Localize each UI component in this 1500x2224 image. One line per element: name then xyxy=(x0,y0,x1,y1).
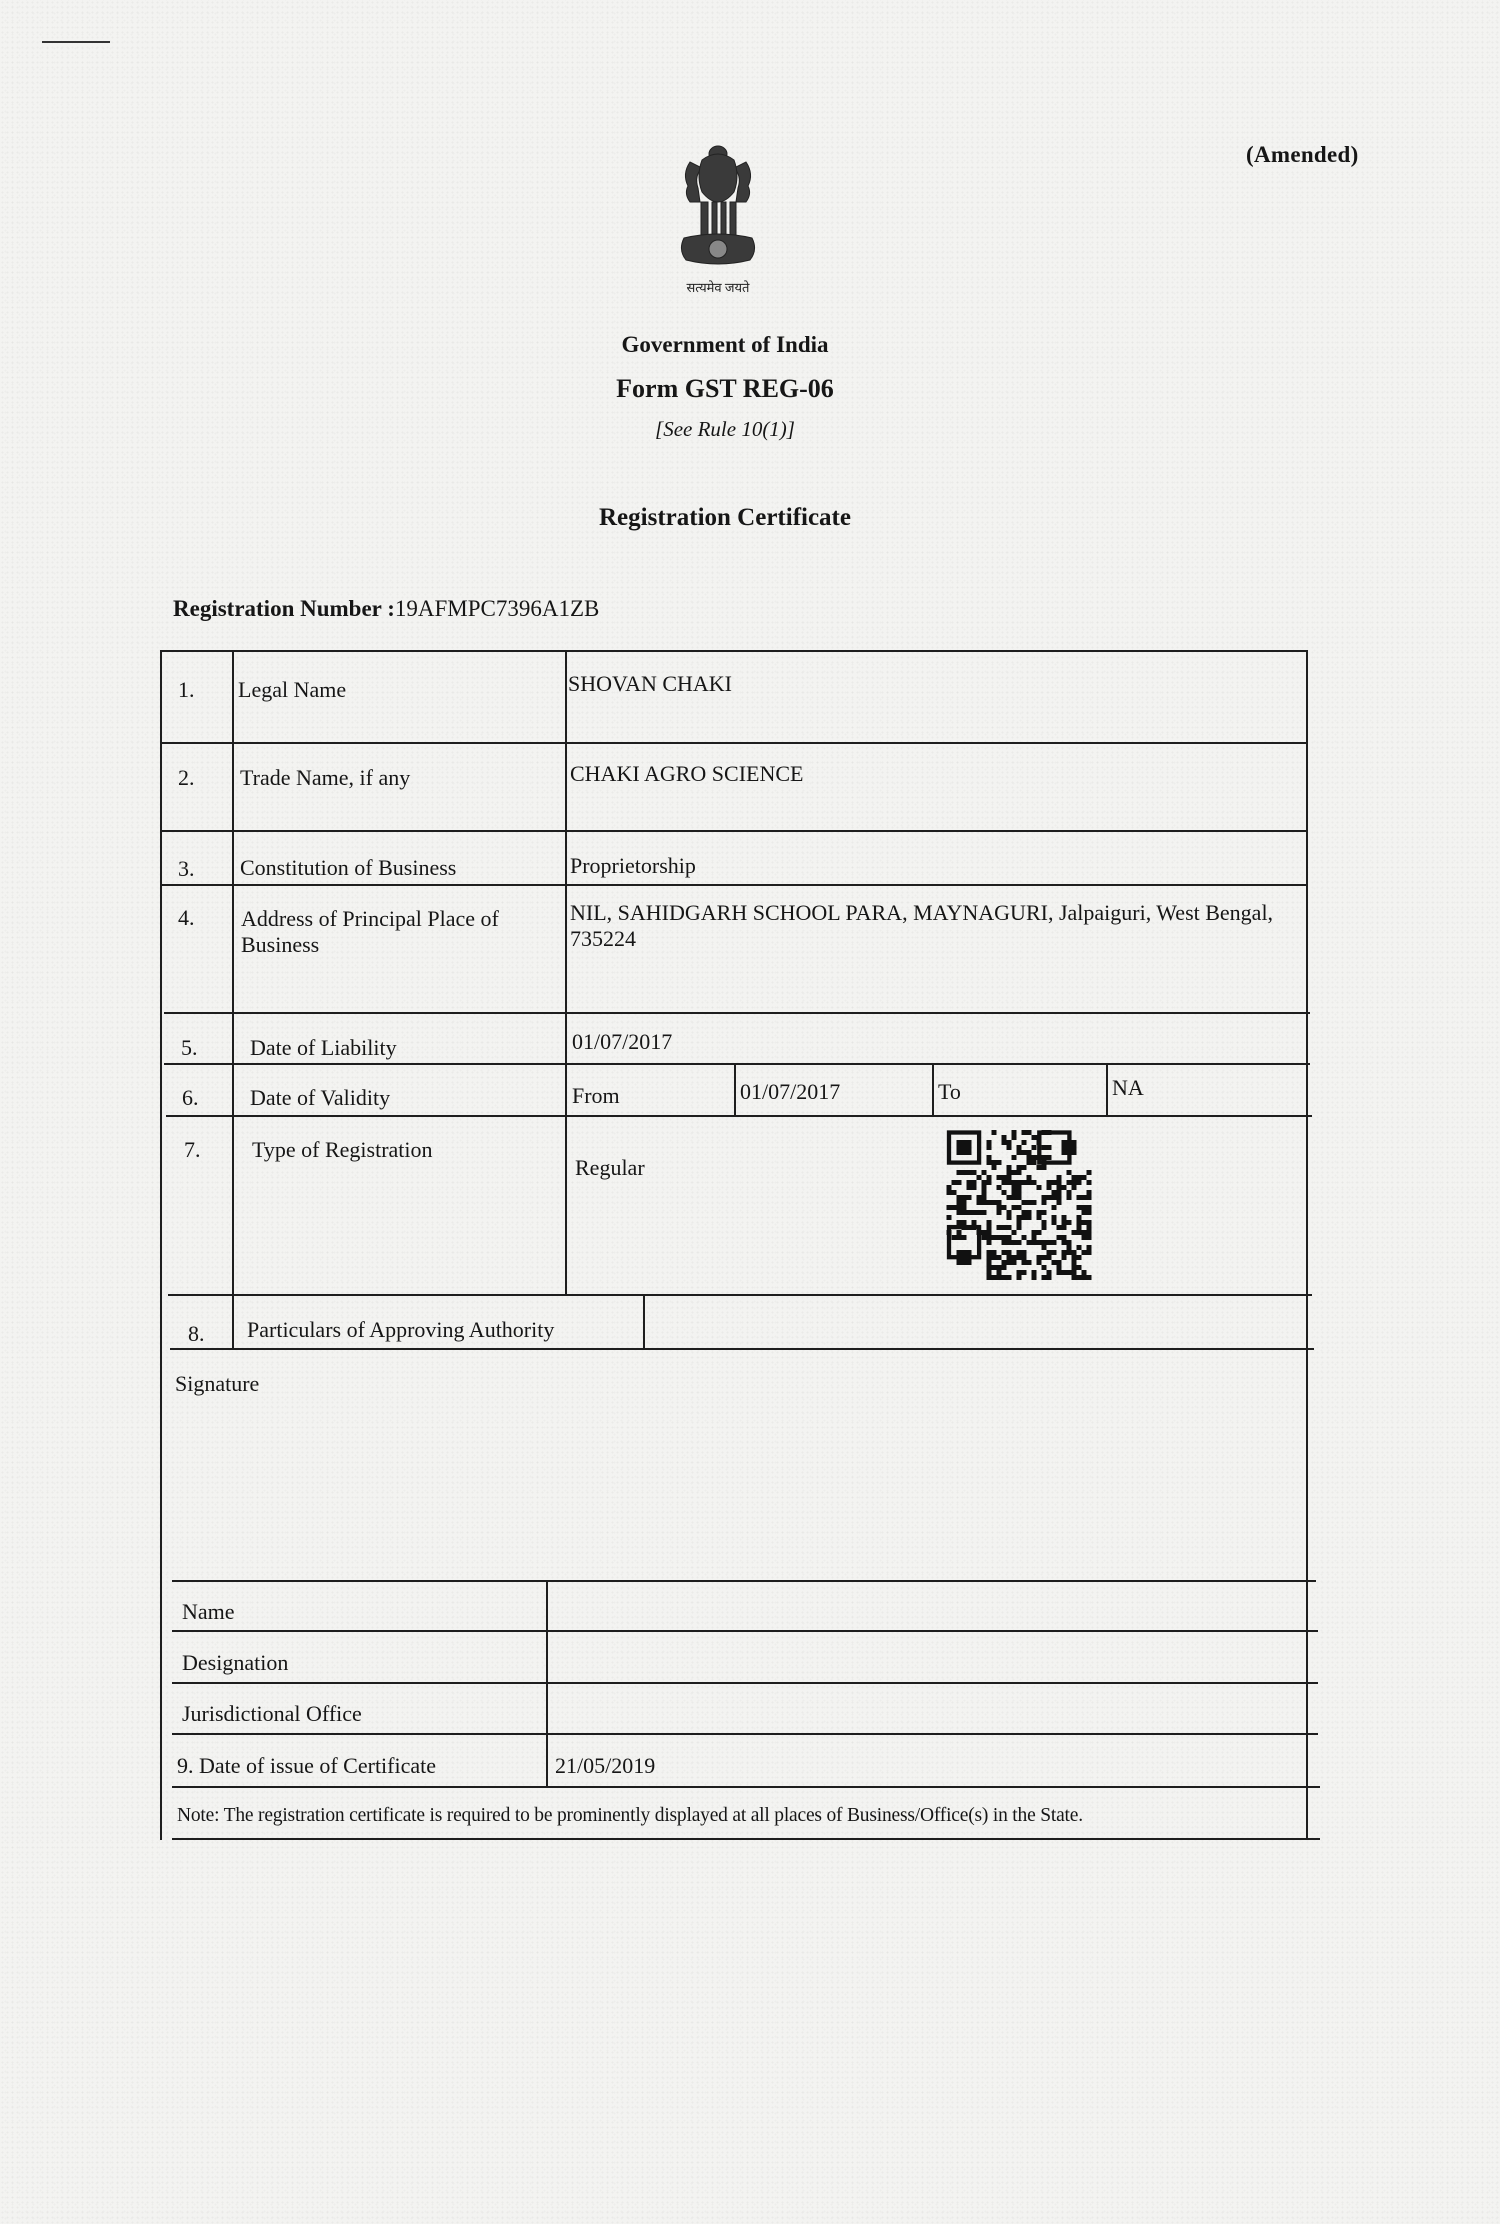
approving-authority-label: Particulars of Approving Authority xyxy=(247,1318,554,1342)
row-number: 8. xyxy=(188,1322,205,1346)
svg-text:सत्यमेव जयते: सत्यमेव जयते xyxy=(687,280,751,295)
jurisdictional-office-label: Jurisdictional Office xyxy=(182,1702,362,1726)
corner-mark xyxy=(42,41,110,43)
registration-type-value: Regular xyxy=(575,1156,645,1180)
trade-name-value: CHAKI AGRO SCIENCE xyxy=(570,762,803,786)
validity-from-value: 01/07/2017 xyxy=(740,1080,840,1104)
row-number: 5. xyxy=(181,1036,198,1060)
amended-label: (Amended) xyxy=(1246,142,1359,168)
validity-label: Date of Validity xyxy=(250,1086,390,1110)
registration-number: Registration Number :19AFMPC7396A1ZB xyxy=(173,596,599,622)
address-label: Address of Principal Place of Business xyxy=(241,906,541,958)
designation-label: Designation xyxy=(182,1651,288,1675)
national-emblem-icon: सत्यमेव जयते xyxy=(668,132,768,300)
validity-to-value: NA xyxy=(1112,1076,1144,1100)
legal-name-value: SHOVAN CHAKI xyxy=(568,672,732,696)
row-number: 6. xyxy=(182,1086,199,1110)
certificate-title: Registration Certificate xyxy=(0,504,1450,532)
registration-type-label: Type of Registration xyxy=(252,1138,433,1162)
constitution-label: Constitution of Business xyxy=(240,856,456,880)
qr-code-icon xyxy=(946,1130,1092,1280)
legal-name-label: Legal Name xyxy=(238,678,346,702)
row-number: 7. xyxy=(184,1138,201,1162)
address-value: NIL, SAHIDGARH SCHOOL PARA, MAYNAGURI, J… xyxy=(570,900,1300,952)
name-label: Name xyxy=(182,1600,235,1624)
liability-value: 01/07/2017 xyxy=(572,1030,672,1054)
display-note: Note: The registration certificate is re… xyxy=(177,1804,1083,1828)
trade-name-label: Trade Name, if any xyxy=(240,766,410,790)
constitution-value: Proprietorship xyxy=(570,854,696,878)
row-number: 1. xyxy=(178,678,195,702)
rule-reference: [See Rule 10(1)] xyxy=(0,417,1450,442)
row-number: 2. xyxy=(178,766,195,790)
row-number: 4. xyxy=(178,906,195,930)
validity-from-label: From xyxy=(572,1084,620,1108)
liability-label: Date of Liability xyxy=(250,1036,397,1060)
validity-to-label: To xyxy=(938,1080,961,1104)
signature-label: Signature xyxy=(175,1372,259,1396)
row-number: 3. xyxy=(178,857,195,881)
form-title: Form GST REG-06 xyxy=(0,374,1450,404)
date-of-issue-label: 9. Date of issue of Certificate xyxy=(177,1754,436,1778)
government-heading: Government of India xyxy=(0,332,1450,358)
registration-number-label: Registration Number : xyxy=(173,596,395,621)
registration-number-value: 19AFMPC7396A1ZB xyxy=(395,596,599,621)
date-of-issue-value: 21/05/2019 xyxy=(555,1754,655,1778)
